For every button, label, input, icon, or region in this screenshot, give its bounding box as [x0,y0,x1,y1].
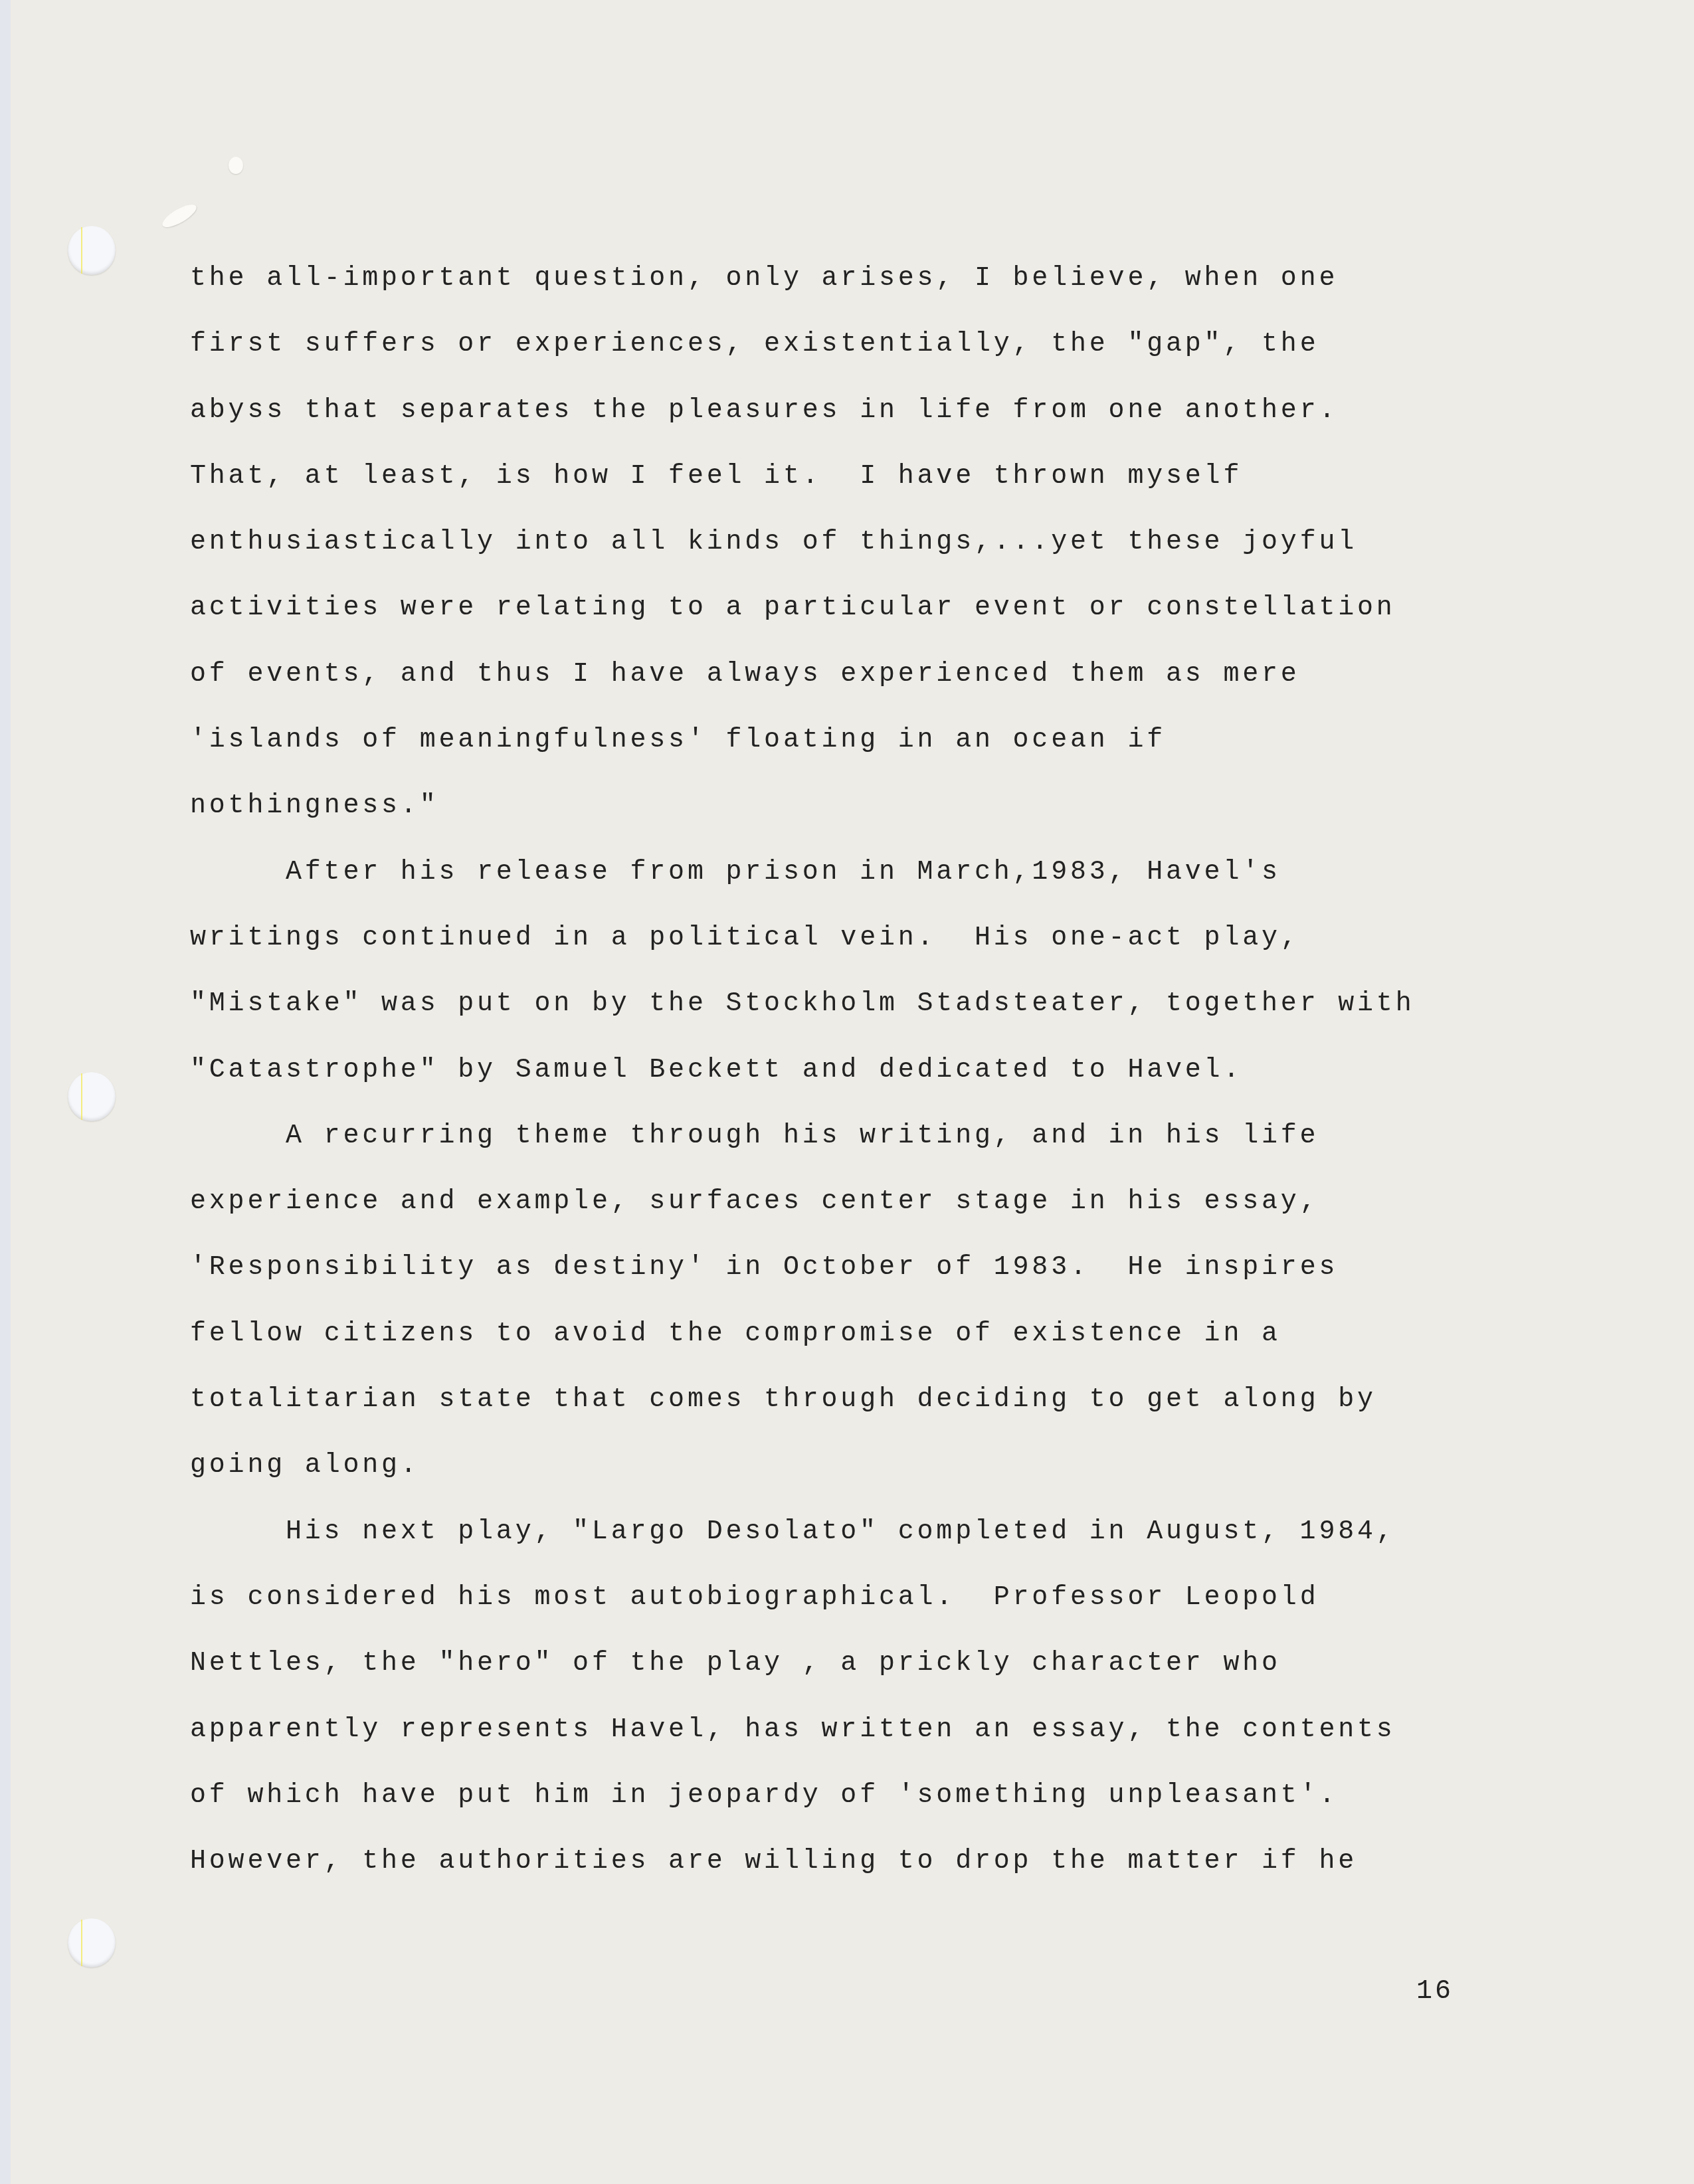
paragraph-start-line: A recurring theme through his writing, a… [190,1103,1492,1169]
text-line: of which have put him in jeopardy of 'so… [190,1763,1492,1829]
text-line: "Mistake" was put on by the Stockholm St… [190,971,1492,1037]
text-line: That, at least, is how I feel it. I have… [190,444,1492,509]
scan-edge [0,0,11,2184]
text-line: "Catastrophe" by Samuel Beckett and dedi… [190,1038,1492,1103]
text-line: fellow citizens to avoid the compromise … [190,1301,1492,1367]
text-line: activities were relating to a particular… [190,575,1492,641]
text-line: nothingness." [190,773,1492,839]
paper-blemish [229,157,243,174]
punch-hole-icon [68,1072,116,1121]
text-line: 'islands of meaningfulness' floating in … [190,707,1492,773]
text-line: 'Responsibility as destiny' in October o… [190,1235,1492,1301]
text-line: going along. [190,1433,1492,1499]
page-number: 16 [1416,1977,1454,2007]
text-line: experience and example, surfaces center … [190,1169,1492,1235]
text-line: of events, and thus I have always experi… [190,642,1492,707]
text-line: totalitarian state that comes through de… [190,1367,1492,1433]
text-line: enthusiastically into all kinds of thing… [190,509,1492,575]
paragraph-start-line: After his release from prison in March,1… [190,840,1492,905]
paper-blemish [159,201,199,231]
text-line: apparently represents Havel, has written… [190,1697,1492,1763]
text-line: abyss that separates the pleasures in li… [190,378,1492,444]
text-line: first suffers or experiences, existentia… [190,312,1492,377]
punch-hole-icon [68,226,116,275]
text-line: the all-important question, only arises,… [190,246,1492,312]
paragraph-start-line: His next play, "Largo Desolato" complete… [190,1499,1492,1565]
text-line: However, the authorities are willing to … [190,1829,1492,1894]
text-line: writings continued in a political vein. … [190,905,1492,971]
punch-hole-icon [68,1918,116,1967]
text-line: Nettles, the "hero" of the play , a pric… [190,1631,1492,1696]
body-text: the all-important question, only arises,… [190,246,1492,1894]
text-line: is considered his most autobiographical.… [190,1565,1492,1631]
